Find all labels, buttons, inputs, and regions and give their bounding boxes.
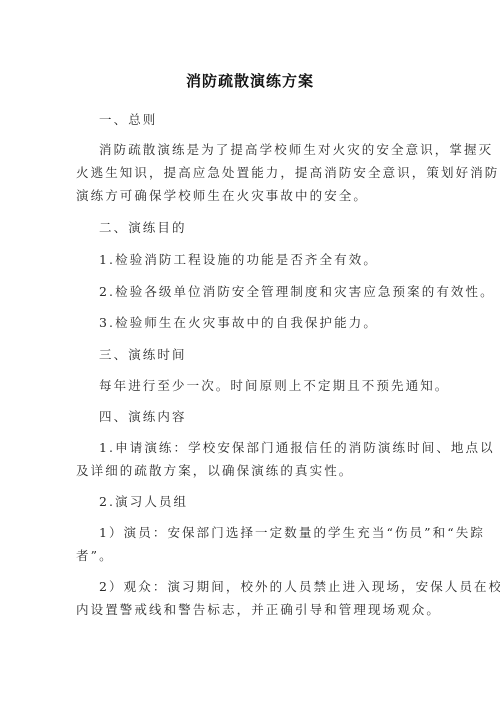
text-line: 消防疏散演练是为了提高学校师生对火灾的安全意识，掌握灭 [99,141,439,159]
text-line: 演练方可确保学校师生在火灾事故中的安全。 [76,187,416,205]
text-line: 每年进行至少一次。时间原则上不定期且不预先通知。 [99,377,439,395]
text-line: 一、总则 [99,111,439,129]
document-title: 消防疏散演练方案 [0,70,500,91]
text-line: 2）观众：演习期间，校外的人员禁止进入现场，安保人员在校 [99,578,439,596]
text-line: 3.检验师生在火灾事故中的自我保护能力。 [99,314,439,332]
text-line: 2.演习人员组 [99,493,439,511]
text-line: 二、演练目的 [99,219,439,237]
text-line: 四、演练内容 [99,408,439,426]
text-line: 内设置警戒线和警告标志，并正确引导和管理现场观众。 [76,601,416,619]
text-line: 2.检验各级单位消防安全管理制度和灾害应急预案的有效性。 [99,283,439,301]
text-line: 者”。 [76,547,416,565]
text-line: 火逃生知识，提高应急处置能力，提高消防安全意识，策划好消防 [76,164,416,182]
text-line: 及详细的疏散方案，以确保演练的真实性。 [76,462,416,480]
text-line: 三、演练时间 [99,346,439,364]
text-line: 1.检验消防工程设施的功能是否齐全有效。 [99,251,439,269]
text-line: 1）演员：安保部门选择一定数量的学生充当“伤员”和“失踪 [99,524,439,542]
text-line: 1.申请演练：学校安保部门通报信任的消防演练时间、地点以 [99,439,439,457]
